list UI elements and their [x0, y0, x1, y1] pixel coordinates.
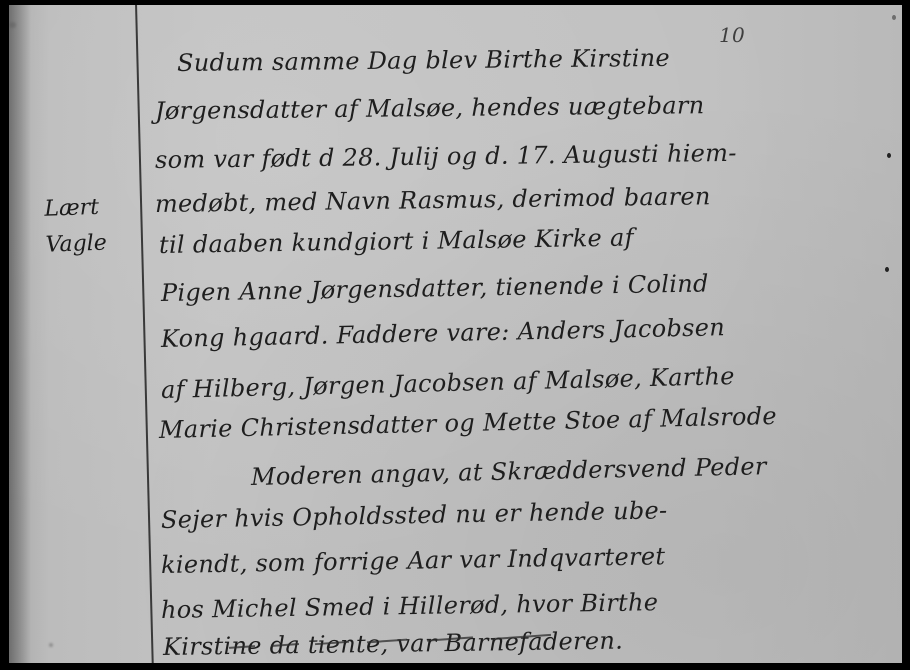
text-line-4: medøbt, med Navn Rasmus, derimod baaren	[155, 182, 711, 218]
page-binding-shadow	[9, 5, 31, 663]
paper-speck	[49, 643, 53, 647]
text-line-9: Marie Christensdatter og Mette Stoe af M…	[159, 402, 778, 444]
ink-dot	[885, 267, 889, 272]
text-line-13: hos Michel Smed i Hillerød, hvor Birthe	[161, 588, 659, 624]
margin-note-line-2: Vagle	[45, 224, 146, 263]
text-line-12: kiendt, som forrige Aar var Indqvarteret	[161, 542, 666, 579]
margin-note: Lært Vagle	[44, 188, 146, 263]
closing-dash	[315, 641, 349, 645]
text-line-5: til daaben kundgiort i Malsøe Kirke af	[159, 224, 634, 259]
margin-note-line-1: Lært	[44, 188, 145, 227]
closing-dash	[271, 643, 299, 647]
text-line-10: Moderen angav, at Skræddersvend Peder	[251, 452, 767, 491]
text-line-1: Sudum samme Dag blev Birthe Kirstine	[177, 44, 670, 77]
closing-dash	[367, 639, 407, 644]
closing-dash	[229, 645, 255, 649]
register-page: Lært Vagle 10 Sudum samme Dag blev Birth…	[9, 5, 902, 663]
text-line-2: Jørgensdatter af Malsøe, hendes uægtebar…	[155, 91, 705, 125]
entry-number-mark: 10	[719, 23, 745, 47]
margin-rule-line	[135, 5, 154, 663]
text-line-7: Kong hgaard. Faddere vare: Anders Jacobs…	[161, 313, 726, 353]
closing-dashes	[229, 638, 649, 652]
ink-dot	[887, 153, 891, 158]
closing-dash	[427, 636, 473, 641]
text-line-6: Pigen Anne Jørgensdatter, tienende i Col…	[161, 269, 709, 307]
text-line-3: som var født d 28. Julij og d. 17. Augus…	[155, 139, 737, 174]
ink-dot	[892, 15, 896, 20]
text-line-8: af Hilberg, Jørgen Jacobsen af Malsøe, K…	[161, 362, 735, 404]
text-line-11: Sejer hvis Opholdssted nu er hende ube-	[161, 496, 668, 534]
scan-frame: Lært Vagle 10 Sudum samme Dag blev Birth…	[0, 0, 910, 670]
paper-speck	[9, 22, 16, 28]
